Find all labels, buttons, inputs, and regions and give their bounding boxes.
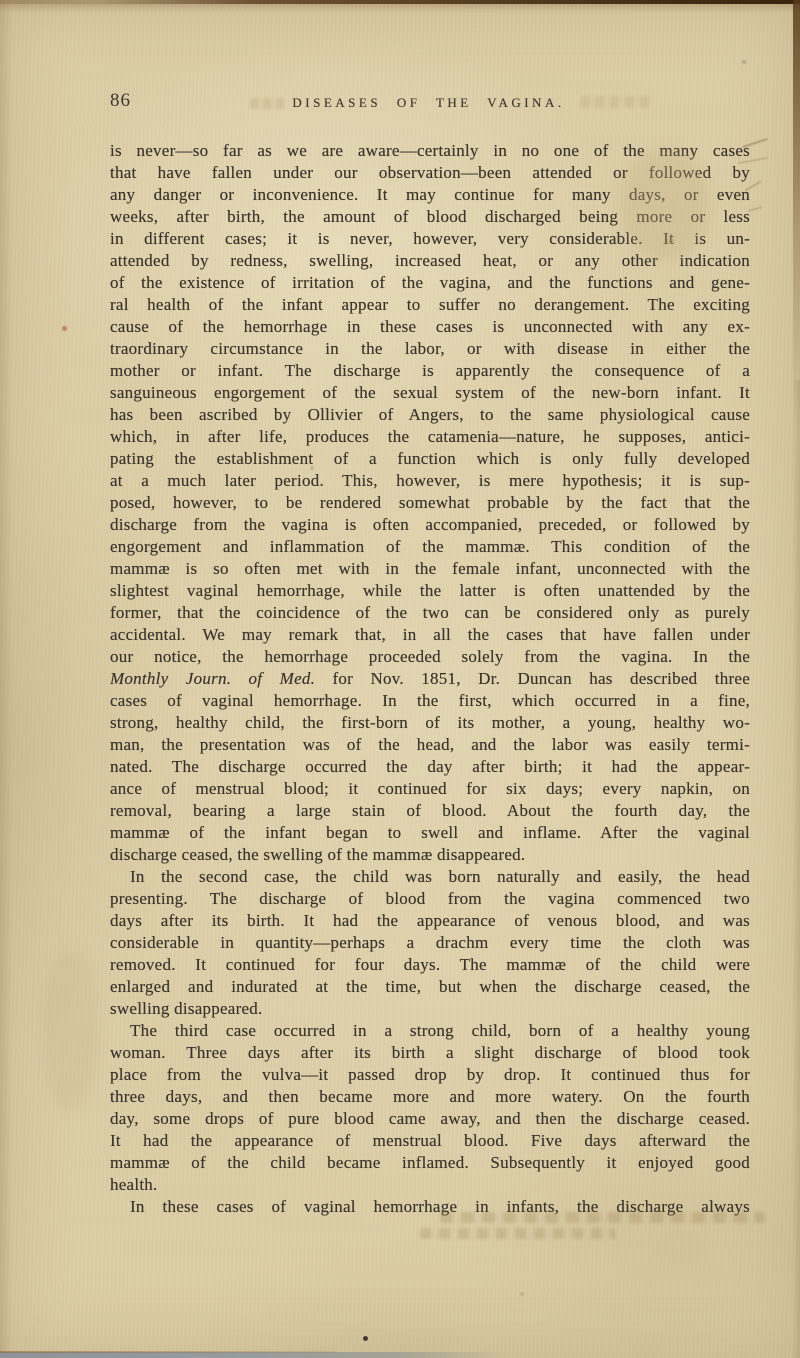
book-page: 86 DISEASES OF THE VAGINA. is never—so f… xyxy=(0,0,800,1358)
text-line: ance of menstrual blood; it continued fo… xyxy=(110,778,750,800)
text-line: enlarged and indurated at the time, but … xyxy=(110,976,750,998)
show-through-text-smudge xyxy=(420,1228,616,1239)
text-line: mammæ of the infant began to swell and i… xyxy=(110,822,750,844)
show-through-text-smudge xyxy=(250,98,284,109)
text-line: man, the presentation was of the head, a… xyxy=(110,734,750,756)
text-line: day, some drops of pure blood came away,… xyxy=(110,1108,750,1130)
text-line: presenting. The discharge of blood from … xyxy=(110,888,750,910)
text-line: three days, and then became more and mor… xyxy=(110,1086,750,1108)
text-line: of the existence of irritation of the va… xyxy=(110,272,750,294)
foxing-speck xyxy=(310,466,314,470)
show-through-text-smudge xyxy=(580,96,650,108)
foxing-speck xyxy=(668,238,674,244)
text-line: woman. Three days after its birth a slig… xyxy=(110,1042,750,1064)
text-line: accidental. We may remark that, in all t… xyxy=(110,624,750,646)
journal-citation: Monthly Journ. of Med. xyxy=(110,669,315,688)
show-through-text-smudge xyxy=(440,1212,765,1223)
paper-stain xyxy=(620,150,710,260)
text-line: slightest vaginal hemorrhage, while the … xyxy=(110,580,750,602)
red-ink-speck xyxy=(62,326,67,331)
page-right-edge xyxy=(793,0,800,420)
text-line: swelling disappeared. xyxy=(110,998,750,1020)
text-line: mother or infant. The discharge is appar… xyxy=(110,360,750,382)
text-line: traordinary circumstance in the labor, o… xyxy=(110,338,750,360)
text-line: which, in after life, produces the catam… xyxy=(110,426,750,448)
text-line: mammæ is so often met with in the female… xyxy=(110,558,750,580)
text-line-with-citation: Monthly Journ. of Med. for Nov. 1851, Dr… xyxy=(110,668,750,690)
ink-speck xyxy=(363,1336,368,1341)
text-line: days after its birth. It had the appeara… xyxy=(110,910,750,932)
page-top-edge-shadow xyxy=(0,4,800,13)
paper-stain xyxy=(40,950,100,1110)
foxing-speck xyxy=(742,60,746,64)
page-bottom-edge-line xyxy=(0,1351,335,1353)
text-line: has been ascribed by Ollivier of Angers,… xyxy=(110,404,750,426)
page-right-edge-lower xyxy=(792,380,800,1358)
text-line: discharge from the vagina is often accom… xyxy=(110,514,750,536)
text-line: engorgement and inflammation of the mamm… xyxy=(110,536,750,558)
text-line: removal, bearing a large stain of blood.… xyxy=(110,800,750,822)
text-line: our notice, the hemorrhage proceeded sol… xyxy=(110,646,750,668)
text-line: former, that the coincidence of the two … xyxy=(110,602,750,624)
text-line: mammæ of the child became inflamed. Subs… xyxy=(110,1152,750,1174)
text-line: ral health of the infant appear to suffe… xyxy=(110,294,750,316)
text-line: considerable in quantity—perhaps a drach… xyxy=(110,932,750,954)
text-line: nated. The discharge occurred the day af… xyxy=(110,756,750,778)
text-line: In the second case, the child was born n… xyxy=(110,866,750,888)
foxing-speck xyxy=(520,1292,524,1296)
pencil-scratch-mark xyxy=(748,206,762,211)
text-line: discharge ceased, the swelling of the ma… xyxy=(110,844,750,866)
text-line: removed. It continued for four days. The… xyxy=(110,954,750,976)
text-line: cases of vaginal hemorrhage. In the firs… xyxy=(110,690,750,712)
page-body: is never—so far as we are aware—certainl… xyxy=(110,140,750,1218)
text-line: The third case occurred in a strong chil… xyxy=(110,1020,750,1042)
text-line: at a much later period. This, however, i… xyxy=(110,470,750,492)
text-line: sanguineous engorgement of the sexual sy… xyxy=(110,382,750,404)
text-line: place from the vulva—it passed drop by d… xyxy=(110,1064,750,1086)
text-line: cause of the hemorrhage in these cases i… xyxy=(110,316,750,338)
text-line: pating the establishment of a function w… xyxy=(110,448,750,470)
page-left-edge xyxy=(0,0,12,1358)
text-line: It had the appearance of menstrual blood… xyxy=(110,1130,750,1152)
text-line: posed, however, to be rendered somewhat … xyxy=(110,492,750,514)
text-line: strong, healthy child, the first-born of… xyxy=(110,712,750,734)
running-title: DISEASES OF THE VAGINA. xyxy=(110,95,747,111)
text-line: health. xyxy=(110,1174,750,1196)
text-line-fragment: for Nov. 1851, Dr. Duncan has described … xyxy=(315,669,750,688)
